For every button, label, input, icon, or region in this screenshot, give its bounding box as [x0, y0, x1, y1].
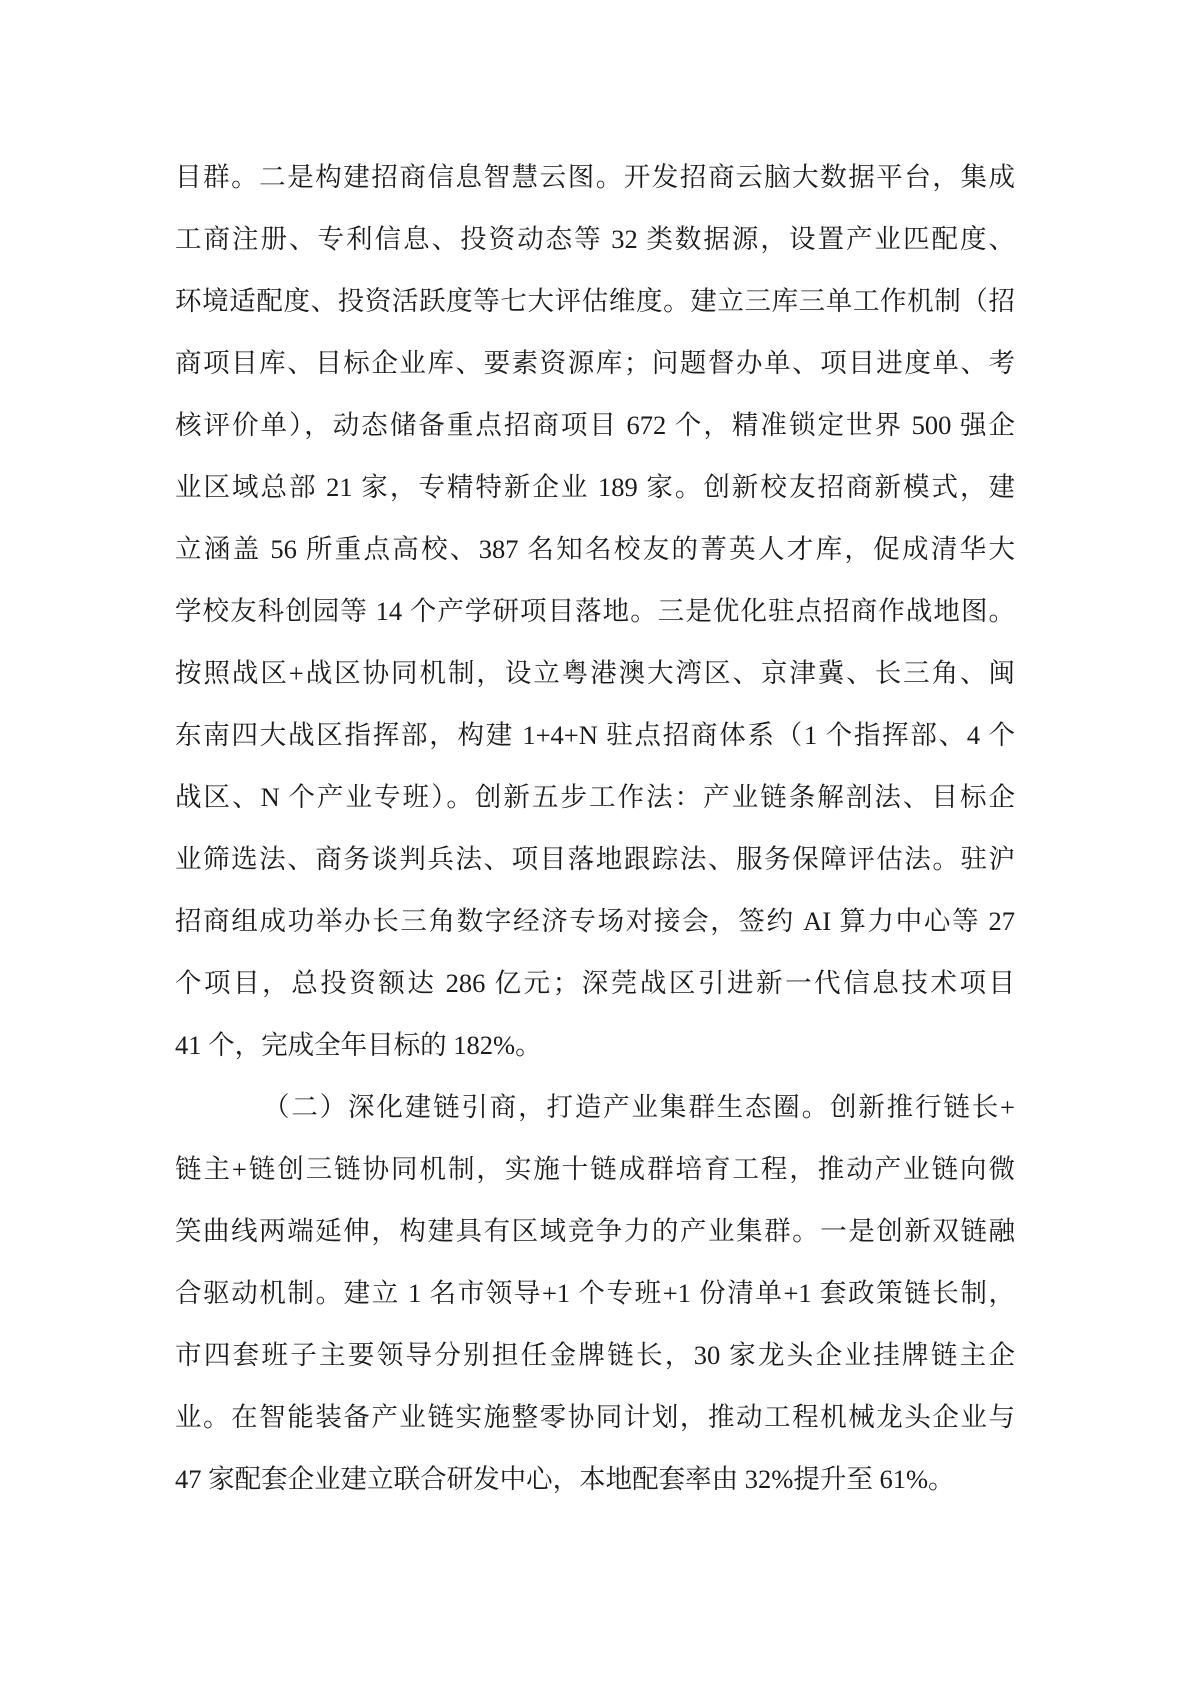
text-line: 市四套班子主要领导分别担任金牌链长，30 家龙头企业挂牌链主企 — [175, 1324, 1015, 1386]
text-line: （二）深化建链引商，打造产业集群生态圈。创新推行链长+ — [175, 1076, 1015, 1138]
text-line: 学校友科创园等 14 个产学研项目落地。三是优化驻点招商作战地图。 — [175, 580, 1015, 642]
text-line: 笑曲线两端延伸，构建具有区域竞争力的产业集群。一是创新双链融 — [175, 1200, 1015, 1262]
paragraph-section-two: （二）深化建链引商，打造产业集群生态圈。创新推行链长+ 链主+链创三链协同机制，… — [175, 1076, 1015, 1510]
text-body: 目群。二是构建招商信息智慧云图。开发招商云脑大数据平台，集成 工商注册、专利信息… — [175, 146, 1015, 1510]
text-line: 合驱动机制。建立 1 名市领导+1 个专班+1 份清单+1 套政策链长制， — [175, 1262, 1015, 1324]
text-line: 战区、N 个产业专班）。创新五步工作法：产业链条解剖法、目标企 — [175, 766, 1015, 828]
document-page: 目群。二是构建招商信息智慧云图。开发招商云脑大数据平台，集成 工商注册、专利信息… — [0, 0, 1190, 1683]
text-line: 业。在智能装备产业链实施整零协同计划，推动工程机械龙头企业与 — [175, 1386, 1015, 1448]
text-line: 业区域总部 21 家，专精特新企业 189 家。创新校友招商新模式，建 — [175, 456, 1015, 518]
text-line: 立涵盖 56 所重点高校、387 名知名校友的菁英人才库，促成清华大 — [175, 518, 1015, 580]
text-line: 工商注册、专利信息、投资动态等 32 类数据源，设置产业匹配度、 — [175, 208, 1015, 270]
text-line: 链主+链创三链协同机制，实施十链成群培育工程，推动产业链向微 — [175, 1138, 1015, 1200]
text-line: 环境适配度、投资活跃度等七大评估维度。建立三库三单工作机制（招 — [175, 270, 1015, 332]
text-line: 按照战区+战区协同机制，设立粤港澳大湾区、京津冀、长三角、闽 — [175, 642, 1015, 704]
text-line: 招商组成功举办长三角数字经济专场对接会，签约 AI 算力中心等 27 — [175, 890, 1015, 952]
text-line: 东南四大战区指挥部，构建 1+4+N 驻点招商体系（1 个指挥部、4 个 — [175, 704, 1015, 766]
text-line: 业筛选法、商务谈判兵法、项目落地跟踪法、服务保障评估法。驻沪 — [175, 828, 1015, 890]
text-line: 目群。二是构建招商信息智慧云图。开发招商云脑大数据平台，集成 — [175, 146, 1015, 208]
text-line: 47 家配套企业建立联合研发中心，本地配套率由 32%提升至 61%。 — [175, 1448, 1015, 1510]
paragraph-continuation: 目群。二是构建招商信息智慧云图。开发招商云脑大数据平台，集成 工商注册、专利信息… — [175, 146, 1015, 1076]
text-line: 个项目，总投资额达 286 亿元；深莞战区引进新一代信息技术项目 — [175, 952, 1015, 1014]
text-line: 41 个，完成全年目标的 182%。 — [175, 1014, 1015, 1076]
text-line: 商项目库、目标企业库、要素资源库；问题督办单、项目进度单、考 — [175, 332, 1015, 394]
text-line: 核评价单），动态储备重点招商项目 672 个，精准锁定世界 500 强企 — [175, 394, 1015, 456]
